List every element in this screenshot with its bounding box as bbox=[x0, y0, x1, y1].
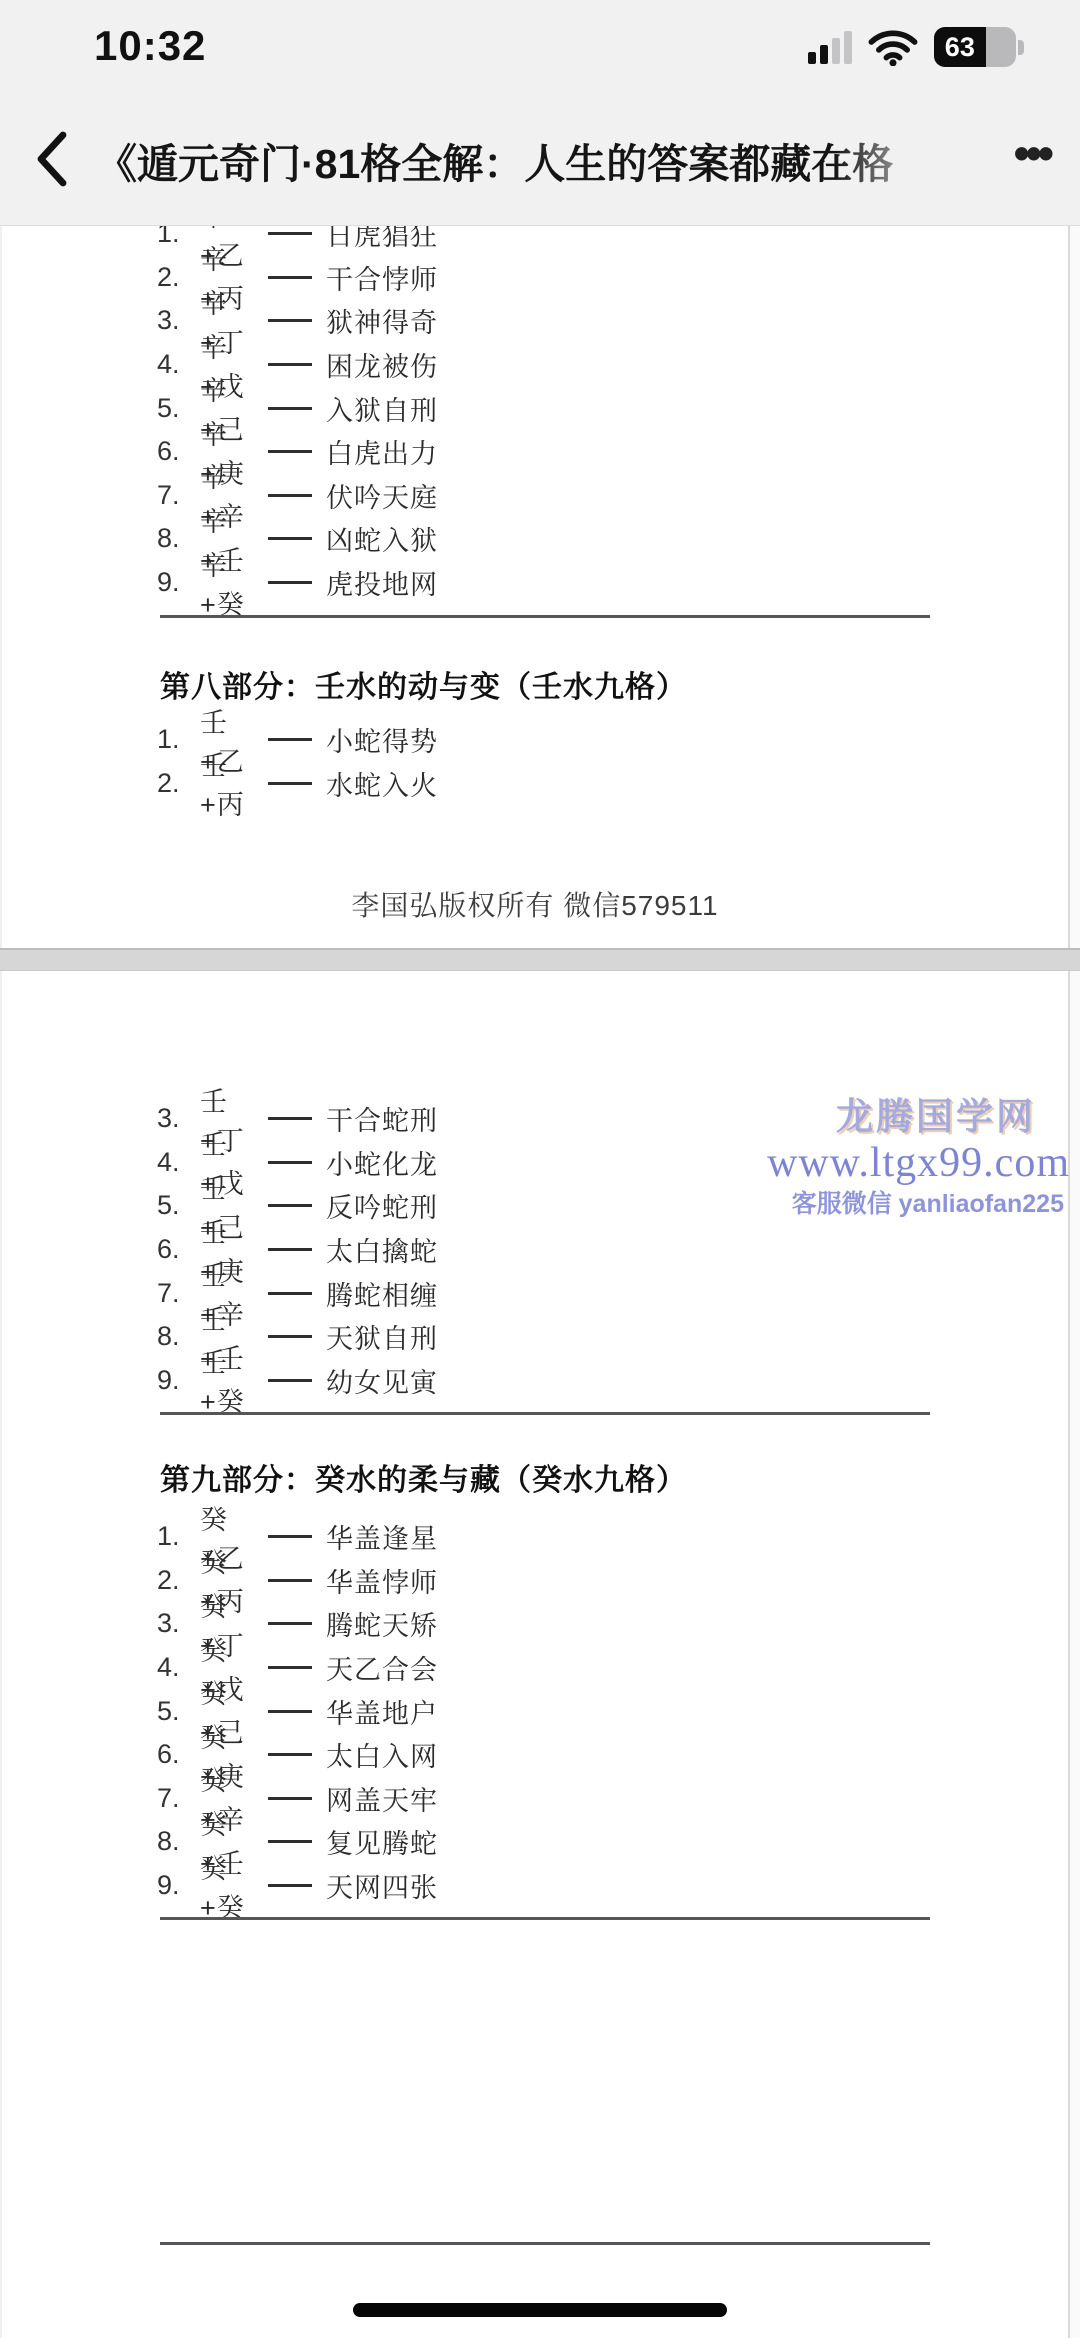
status-bar: 10:32 63 bbox=[0, 0, 1080, 95]
item-number: 6. bbox=[157, 1234, 200, 1265]
em-dash-separator bbox=[268, 537, 312, 540]
em-dash-separator bbox=[268, 1622, 312, 1625]
item-number: 2. bbox=[157, 768, 200, 799]
item-pattern-name: 复见腾蛇 bbox=[326, 1822, 438, 1861]
list-item: 9.辛+癸虎投地网 bbox=[157, 561, 438, 605]
item-stem-combo: 辛+癸 bbox=[200, 544, 268, 622]
item-pattern-name: 小蛇得势 bbox=[326, 720, 438, 759]
item-number: 5. bbox=[157, 1696, 200, 1727]
cellular-signal-icon bbox=[808, 30, 852, 64]
em-dash-separator bbox=[268, 1161, 312, 1164]
item-pattern-name: 天乙合会 bbox=[326, 1648, 438, 1687]
em-dash-separator bbox=[268, 407, 312, 410]
em-dash-separator bbox=[268, 319, 312, 322]
list-item: 9.壬+癸幼女见寅 bbox=[157, 1359, 438, 1403]
ren-water-list-part2: 3.壬+丁干合蛇刑4.壬+戊小蛇化龙5.壬+己反吟蛇刑6.壬+庚太白擒蛇7.壬+… bbox=[157, 1097, 438, 1402]
item-pattern-name: 困龙被伤 bbox=[326, 345, 438, 384]
section-divider bbox=[160, 615, 930, 618]
item-number: 7. bbox=[157, 480, 200, 511]
status-icons: 63 bbox=[808, 24, 1024, 70]
item-pattern-name: 天狱自刑 bbox=[326, 1317, 438, 1356]
em-dash-separator bbox=[268, 1884, 312, 1887]
item-number: 9. bbox=[157, 1870, 200, 1901]
em-dash-separator bbox=[268, 738, 312, 741]
em-dash-separator bbox=[268, 782, 312, 785]
em-dash-separator bbox=[268, 1292, 312, 1295]
item-pattern-name: 虎投地网 bbox=[326, 563, 438, 602]
item-number: 8. bbox=[157, 1321, 200, 1352]
ren-water-list-part1: 1.壬+乙小蛇得势2.壬+丙水蛇入火 bbox=[157, 718, 438, 805]
item-number: 7. bbox=[157, 1783, 200, 1814]
item-pattern-name: 小蛇化龙 bbox=[326, 1143, 438, 1182]
item-stem-combo: 癸+癸 bbox=[200, 1847, 268, 1925]
xin-metal-list: 1.辛+乙日虎猖狂2.辛+丙干合悖师3.辛+丁狱神得奇4.辛+戊困龙被伤5.辛+… bbox=[157, 212, 438, 604]
item-pattern-name: 网盖天牢 bbox=[326, 1779, 438, 1818]
em-dash-separator bbox=[268, 1666, 312, 1669]
item-number: 3. bbox=[157, 1103, 200, 1134]
battery-icon: 63 bbox=[934, 27, 1024, 67]
item-pattern-name: 干合蛇刑 bbox=[326, 1099, 438, 1138]
item-number: 6. bbox=[157, 436, 200, 467]
item-stem-combo: 壬+丙 bbox=[200, 744, 268, 822]
item-pattern-name: 幼女见寅 bbox=[326, 1361, 438, 1400]
section9-heading: 第九部分：癸水的柔与藏（癸水九格） bbox=[160, 1464, 687, 1498]
section-divider bbox=[160, 1412, 930, 1415]
item-pattern-name: 狱神得奇 bbox=[326, 301, 438, 340]
navigation-bar: 《遁元奇门·81格全解：人生的答案都藏在格 ••• bbox=[0, 95, 1080, 225]
item-number: 4. bbox=[157, 1147, 200, 1178]
em-dash-separator bbox=[268, 1117, 312, 1120]
em-dash-separator bbox=[268, 1753, 312, 1756]
item-pattern-name: 白虎出力 bbox=[326, 432, 438, 471]
item-number: 5. bbox=[157, 1190, 200, 1221]
item-number: 4. bbox=[157, 349, 200, 380]
item-pattern-name: 腾蛇天矫 bbox=[326, 1604, 438, 1643]
home-indicator[interactable] bbox=[353, 2303, 727, 2317]
bottom-divider bbox=[160, 2242, 930, 2245]
list-item: 2.壬+丙水蛇入火 bbox=[157, 762, 438, 806]
item-number: 8. bbox=[157, 523, 200, 554]
em-dash-separator bbox=[268, 1579, 312, 1582]
item-pattern-name: 华盖逢星 bbox=[326, 1517, 438, 1556]
em-dash-separator bbox=[268, 1797, 312, 1800]
document-viewer[interactable]: 1.辛+乙日虎猖狂2.辛+丙干合悖师3.辛+丁狱神得奇4.辛+戊困龙被伤5.辛+… bbox=[0, 225, 1080, 2338]
copyright-footer: 李国弘版权所有 微信579511 bbox=[0, 889, 1070, 923]
back-chevron-icon bbox=[35, 131, 69, 187]
em-dash-separator bbox=[268, 1204, 312, 1207]
back-button[interactable] bbox=[22, 127, 82, 191]
section-divider bbox=[160, 1917, 930, 1920]
more-menu-button[interactable]: ••• bbox=[1014, 113, 1050, 193]
item-number: 3. bbox=[157, 305, 200, 336]
item-pattern-name: 华盖地户 bbox=[326, 1692, 438, 1731]
item-number: 1. bbox=[157, 724, 200, 755]
em-dash-separator bbox=[268, 450, 312, 453]
phone-screen: 10:32 63 bbox=[0, 0, 1080, 2338]
page-separator bbox=[0, 948, 1080, 971]
item-stem-combo: 壬+癸 bbox=[200, 1341, 268, 1419]
item-pattern-name: 腾蛇相缠 bbox=[326, 1274, 438, 1313]
em-dash-separator bbox=[268, 1379, 312, 1382]
item-number: 8. bbox=[157, 1826, 200, 1857]
item-number: 9. bbox=[157, 567, 200, 598]
em-dash-separator bbox=[268, 1248, 312, 1251]
em-dash-separator bbox=[268, 581, 312, 584]
item-pattern-name: 华盖悖师 bbox=[326, 1561, 438, 1600]
em-dash-separator bbox=[268, 1335, 312, 1338]
item-pattern-name: 伏吟天庭 bbox=[326, 476, 438, 515]
wifi-icon bbox=[868, 28, 918, 66]
item-pattern-name: 水蛇入火 bbox=[326, 764, 438, 803]
item-number: 2. bbox=[157, 1565, 200, 1596]
list-item: 9.癸+癸天网四张 bbox=[157, 1864, 438, 1908]
item-number: 1. bbox=[157, 1521, 200, 1552]
item-number: 6. bbox=[157, 1739, 200, 1770]
em-dash-separator bbox=[268, 1710, 312, 1713]
item-number: 3. bbox=[157, 1608, 200, 1639]
item-number: 2. bbox=[157, 262, 200, 293]
item-number: 5. bbox=[157, 393, 200, 424]
item-number: 4. bbox=[157, 1652, 200, 1683]
item-number: 7. bbox=[157, 1278, 200, 1309]
page-title: 《遁元奇门·81格全解：人生的答案都藏在格 bbox=[96, 131, 956, 191]
em-dash-separator bbox=[268, 363, 312, 366]
item-pattern-name: 凶蛇入狱 bbox=[326, 519, 438, 558]
item-pattern-name: 入狱自刑 bbox=[326, 389, 438, 428]
em-dash-separator bbox=[268, 494, 312, 497]
em-dash-separator bbox=[268, 1535, 312, 1538]
clock: 10:32 bbox=[94, 22, 206, 70]
status-and-nav-bar: 10:32 63 bbox=[0, 0, 1080, 226]
item-number: 9. bbox=[157, 1365, 200, 1396]
item-pattern-name: 太白入网 bbox=[326, 1735, 438, 1774]
em-dash-separator bbox=[268, 1840, 312, 1843]
battery-percent-label: 63 bbox=[945, 32, 975, 63]
item-pattern-name: 天网四张 bbox=[326, 1866, 438, 1905]
em-dash-separator bbox=[268, 276, 312, 279]
item-pattern-name: 干合悖师 bbox=[326, 258, 438, 297]
gui-water-list: 1.癸+乙华盖逢星2.癸+丙华盖悖师3.癸+丁腾蛇天矫4.癸+戊天乙合会5.癸+… bbox=[157, 1515, 438, 1907]
item-pattern-name: 反吟蛇刑 bbox=[326, 1186, 438, 1225]
em-dash-separator bbox=[268, 232, 312, 235]
item-pattern-name: 太白擒蛇 bbox=[326, 1230, 438, 1269]
